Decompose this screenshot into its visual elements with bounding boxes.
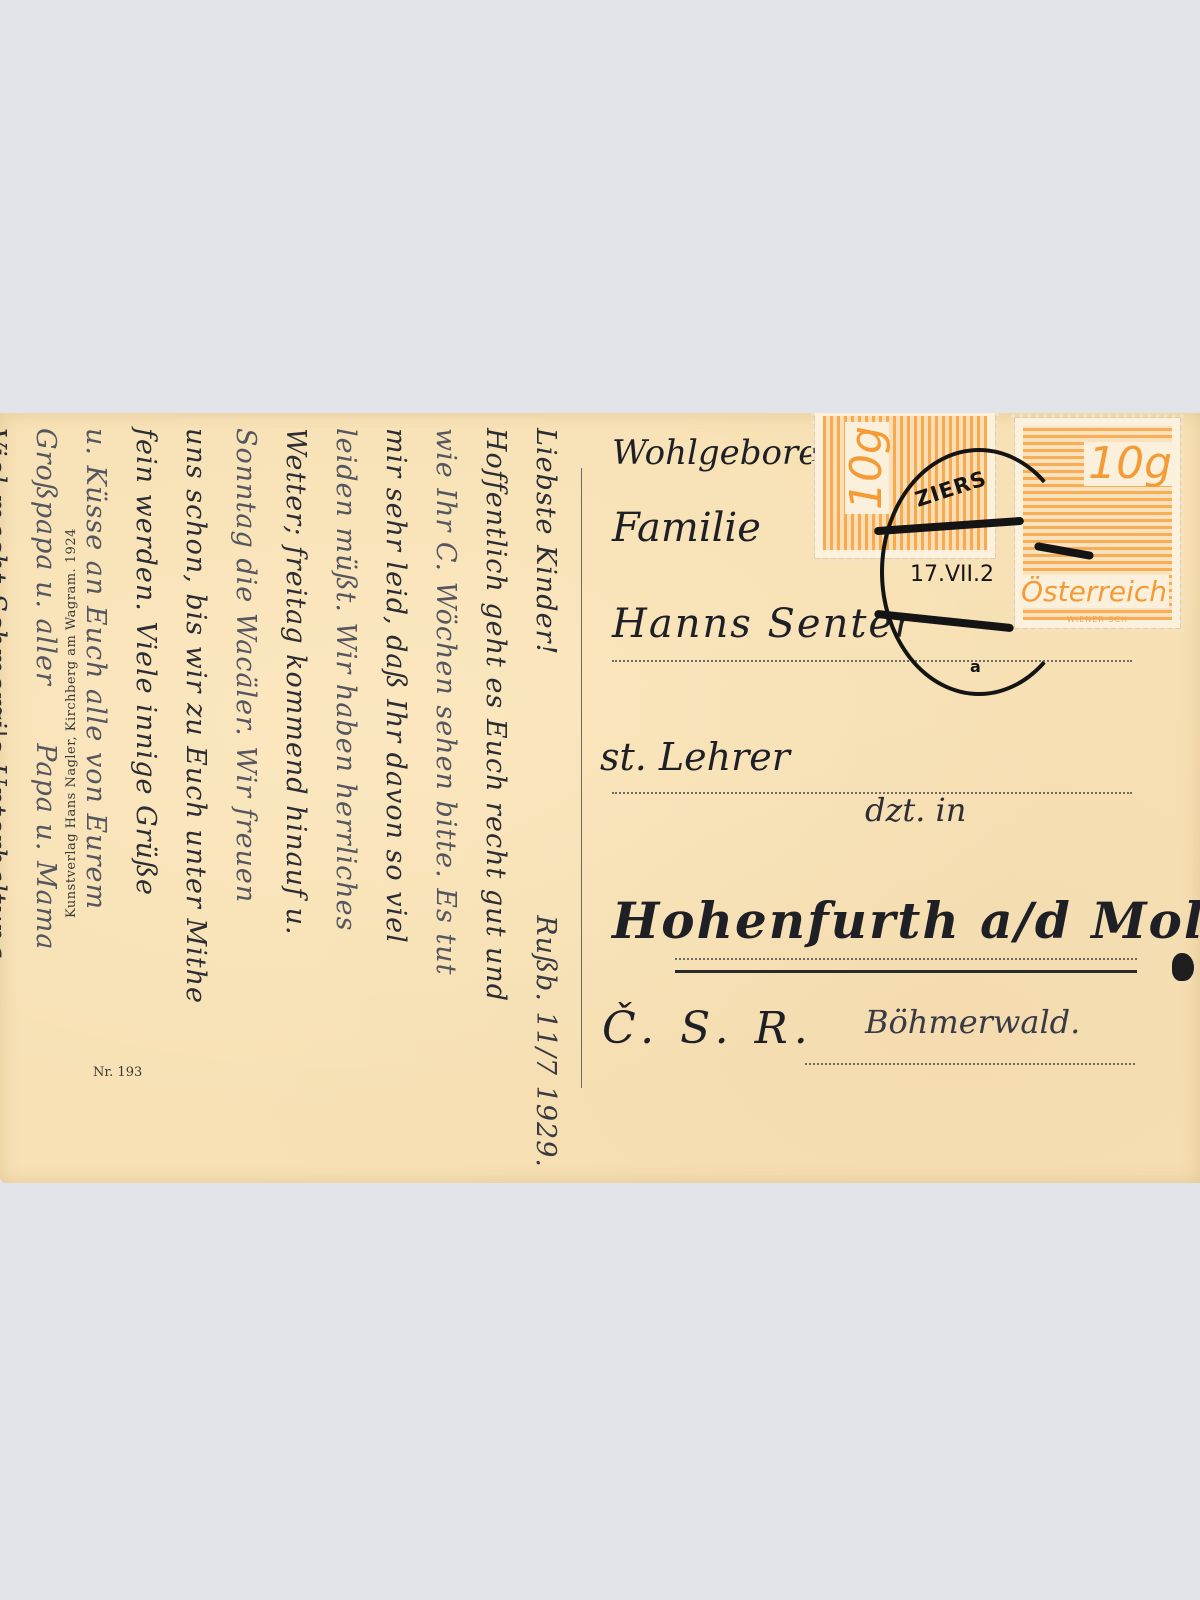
address-underline (675, 970, 1137, 973)
message-line: Großpapa u. aller Papa u. Mama (20, 428, 70, 1168)
postmark-date: 17.VII.2 (910, 562, 994, 587)
message-line: Hoffentlich geht es Euch recht gut und (470, 428, 520, 1168)
card-number: Nr. 193 (93, 1065, 142, 1080)
salutation: Liebste Kinder! (530, 428, 561, 655)
message-line: wie Ihr C. Wöchen sehen bitte. Es tut (420, 428, 470, 1168)
message-line: Viel macht Schmerzi's Unterhaltung (0, 428, 20, 1168)
publisher-imprint: Kunstverlag Hans Nagler, Kirchberg am Wa… (64, 528, 79, 918)
center-divider (581, 468, 582, 1088)
cancel-bar (874, 517, 1024, 535)
address-honorific: Wohlgeboren (612, 433, 840, 473)
message-line-part: Großpapa u. aller (30, 428, 61, 686)
ink-blot (1172, 953, 1194, 981)
message-area: Liebste Kinder! Rußb. 11/7 1929. Hoffent… (0, 413, 580, 1183)
postcard: Liebste Kinder! Rußb. 11/7 1929. Hoffent… (0, 413, 1200, 1183)
address-rule (805, 1063, 1135, 1065)
signature: Papa u. Mama (30, 743, 61, 950)
address-title: st. Lehrer (600, 735, 790, 779)
address-rule (612, 792, 1132, 794)
message-line: fein werden. Viele innige Grüße (120, 428, 170, 1168)
stamp-value: 10g (845, 422, 889, 514)
address-country: Č. S. R. (602, 1003, 814, 1054)
message-line: Wetter; freitag kommend hinauf u. (270, 428, 320, 1168)
postmark: ZIERS 17.VII.2 a (880, 448, 1078, 696)
address-rule (612, 660, 1132, 662)
address-town: Hohenfurth a/d Moldau (612, 891, 1200, 950)
address-name: Hanns Senter (612, 601, 915, 647)
address-region: Böhmerwald. (865, 1003, 1080, 1041)
message-text: Liebste Kinder! Rußb. 11/7 1929. Hoffent… (10, 428, 570, 1168)
message-line: uns schon, bis wir zu Euch unter Mithe (170, 428, 220, 1168)
message-date: Rußb. 11/7 1929. (520, 915, 570, 1168)
message-line: Liebste Kinder! Rußb. 11/7 1929. (520, 428, 570, 1168)
cancel-bar (874, 610, 1014, 633)
stamp-value: 10g (1084, 442, 1176, 486)
address-note: dzt. in (865, 791, 966, 829)
address-rule (675, 958, 1137, 960)
address-family: Familie (612, 505, 761, 551)
postmark-town: ZIERS (912, 466, 989, 512)
message-line: Sonntag die Wacäler. Wir freuen (220, 428, 270, 1168)
message-line: leiden müßt. Wir haben herrliches (320, 428, 370, 1168)
message-line: mir sehr leid, daß Ihr davon so viel (370, 428, 420, 1168)
postmark-letter: a (970, 657, 981, 676)
